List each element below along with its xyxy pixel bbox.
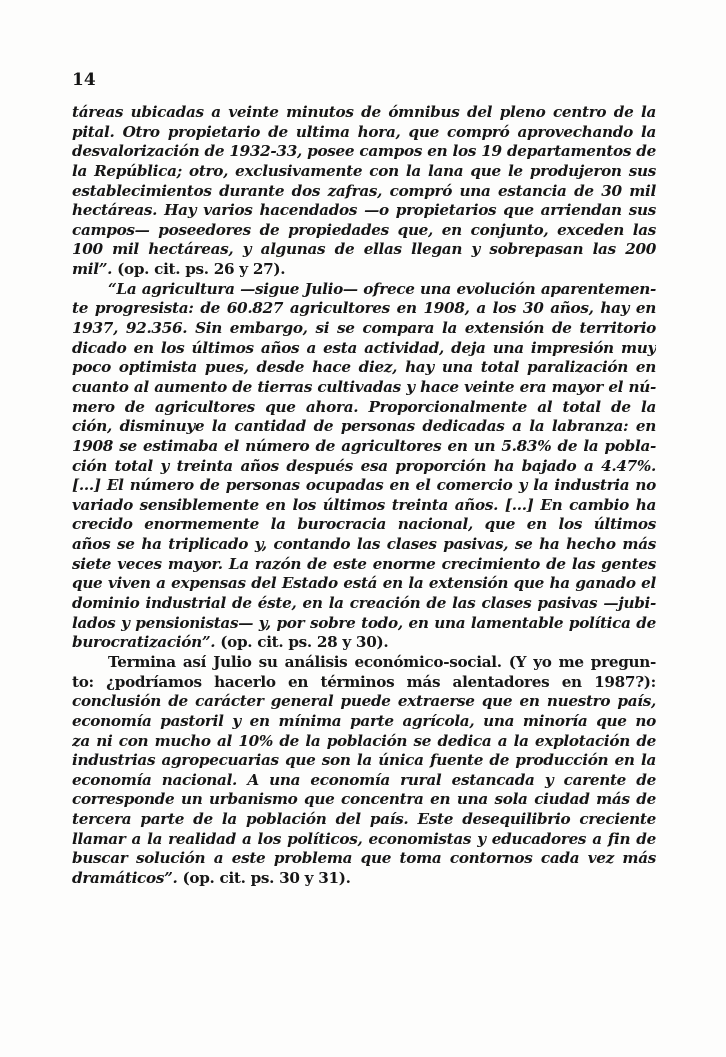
roman-text-segment: (op. cit. ps. 28 y 30). <box>220 633 388 651</box>
italic-text-segment: años se ha triplicado y, contando las cl… <box>72 535 656 555</box>
italic-text-segment: [...] El número de personas ocupadas en … <box>72 476 656 496</box>
text-line: siete veces mayor. La razón de este enor… <box>72 555 656 575</box>
text-line: cuanto al aumento de tierras cultivadas … <box>72 378 656 398</box>
italic-text-segment: industrias agropecuarias que son la únic… <box>72 751 656 769</box>
text-line: campos— poseedores de propiedades que, e… <box>72 221 656 241</box>
italic-text-segment: 1937, 92.356. Sin embargo, si se compara… <box>72 319 656 339</box>
italic-text-segment: 100 mil hectáreas, y algunas de ellas ll… <box>72 240 656 258</box>
roman-text-segment: to: ¿podríamos hacerlo en términos más a… <box>72 673 656 691</box>
text-line: lados y pensionistas— y, por sobre todo,… <box>72 614 656 634</box>
italic-text-segment: llamar a la realidad a los políticos, ec… <box>72 830 656 848</box>
text-line: establecimientos durante dos zafras, com… <box>72 182 656 202</box>
text-line: mero de agricultores que ahora. Proporci… <box>72 398 656 418</box>
italic-text-segment: campos— poseedores de propiedades que, e… <box>72 221 656 239</box>
text-line: 1908 se estimaba el número de agricultor… <box>72 437 656 457</box>
italic-text-segment: “La agricultura —sigue Julio— ofrece una… <box>108 280 656 298</box>
text-line: conclusión de carácter general puede ext… <box>72 692 656 712</box>
italic-text-segment: ción, disminuye la cantidad de personas … <box>72 417 656 435</box>
text-line: desvalorización de 1932-33, posee campos… <box>72 142 656 162</box>
italic-text-segment: establecimientos durante dos zafras, com… <box>72 182 656 200</box>
italic-text-segment: economía pastoril y en mínima parte agrí… <box>72 712 656 732</box>
text-line: 100 mil hectáreas, y algunas de ellas ll… <box>72 240 656 260</box>
italic-text-segment: la República; otro, exclusivamente con l… <box>72 162 656 180</box>
text-line: táreas ubicadas a veinte minutos de ómni… <box>72 103 656 123</box>
italic-text-segment: desvalorización de 1932-33, posee campos… <box>72 142 656 160</box>
text-line: buscar solución a este problema que toma… <box>72 849 656 869</box>
italic-text-segment: dicado en los últimos años a esta activi… <box>72 339 656 357</box>
text-line: años se ha triplicado y, contando las cl… <box>72 535 656 555</box>
italic-text-segment: 1908 se estimaba el número de agricultor… <box>72 437 656 455</box>
text-line: dicado en los últimos años a esta activi… <box>72 339 656 359</box>
italic-text-segment: conclusión de carácter general puede ext… <box>72 692 656 712</box>
italic-text-segment: variado sensiblemente en los últimos tre… <box>72 496 656 514</box>
text-line: to: ¿podríamos hacerlo en términos más a… <box>72 673 656 693</box>
italic-text-segment: mil”. <box>72 260 117 278</box>
italic-text-segment: economía nacional. A una economía rural … <box>72 771 656 791</box>
page-number: 14 <box>72 70 96 90</box>
body-text: táreas ubicadas a veinte minutos de ómni… <box>72 103 656 889</box>
text-line: corresponde un urbanismo que concentra e… <box>72 790 656 810</box>
italic-text-segment: siete veces mayor. La razón de este enor… <box>72 555 656 573</box>
italic-text-segment: mero de agricultores que ahora. Proporci… <box>72 398 656 418</box>
italic-text-segment: burocratización”. <box>72 633 220 651</box>
italic-text-segment: poco optimista pues, desde hace diez, ha… <box>72 358 656 376</box>
italic-text-segment: que viven a expensas del Estado está en … <box>72 574 656 592</box>
italic-text-segment: za ni con mucho al 10% de la población s… <box>72 732 656 752</box>
text-line: pital. Otro propietario de ultima hora, … <box>72 123 656 143</box>
italic-text-segment: corresponde un urbanismo que concentra e… <box>72 790 656 810</box>
italic-text-segment: ción total y treinta años después esa pr… <box>72 457 656 475</box>
text-line: te progresista: de 60.827 agricultores e… <box>72 299 656 319</box>
text-line: crecido enormemente la burocracia nacion… <box>72 515 656 535</box>
text-line: poco optimista pues, desde hace diez, ha… <box>72 358 656 378</box>
italic-text-segment: lados y pensionistas— y, por sobre todo,… <box>72 614 656 632</box>
roman-text-segment: (op. cit. ps. 26 y 27). <box>117 260 285 278</box>
text-line: economía nacional. A una economía rural … <box>72 771 656 791</box>
text-line: burocratización”. (op. cit. ps. 28 y 30)… <box>72 633 656 653</box>
text-line: la República; otro, exclusivamente con l… <box>72 162 656 182</box>
text-line: ción total y treinta años después esa pr… <box>72 457 656 477</box>
text-line: llamar a la realidad a los políticos, ec… <box>72 830 656 850</box>
text-line: ción, disminuye la cantidad de personas … <box>72 417 656 437</box>
text-line: variado sensiblemente en los últimos tre… <box>72 496 656 516</box>
text-line: hectáreas. Hay varios hacendados —o prop… <box>72 201 656 221</box>
text-line: dramáticos”. (op. cit. ps. 30 y 31). <box>72 869 656 889</box>
italic-text-segment: táreas ubicadas a veinte minutos de ómni… <box>72 103 656 123</box>
text-line: economía pastoril y en mínima parte agrí… <box>72 712 656 732</box>
italic-text-segment: te progresista: de 60.827 agricultores e… <box>72 299 656 317</box>
italic-text-segment: tercera parte de la población del país. … <box>72 810 656 830</box>
text-line: dominio industrial de éste, en la creaci… <box>72 594 656 614</box>
roman-text-segment: Termina así Julio su análisis económico-… <box>108 653 656 671</box>
text-line: que viven a expensas del Estado está en … <box>72 574 656 594</box>
italic-text-segment: pital. Otro propietario de ultima hora, … <box>72 123 656 141</box>
text-line: tercera parte de la población del país. … <box>72 810 656 830</box>
text-line: 1937, 92.356. Sin embargo, si se compara… <box>72 319 656 339</box>
italic-text-segment: dominio industrial de éste, en la creaci… <box>72 594 656 612</box>
text-line: Termina así Julio su análisis económico-… <box>72 653 656 673</box>
roman-text-segment: (op. cit. ps. 30 y 31). <box>183 869 351 887</box>
text-line: mil”. (op. cit. ps. 26 y 27). <box>72 260 656 280</box>
italic-text-segment: crecido enormemente la burocracia nacion… <box>72 515 656 535</box>
text-line: industrias agropecuarias que son la únic… <box>72 751 656 771</box>
scanned-book-page: 14 táreas ubicadas a veinte minutos de ó… <box>0 0 726 1057</box>
text-line: “La agricultura —sigue Julio— ofrece una… <box>72 280 656 300</box>
italic-text-segment: buscar solución a este problema que toma… <box>72 849 656 867</box>
italic-text-segment: hectáreas. Hay varios hacendados —o prop… <box>72 201 656 219</box>
italic-text-segment: cuanto al aumento de tierras cultivadas … <box>72 378 656 396</box>
text-line: za ni con mucho al 10% de la población s… <box>72 732 656 752</box>
text-line: [...] El número de personas ocupadas en … <box>72 476 656 496</box>
italic-text-segment: dramáticos”. <box>72 869 183 887</box>
